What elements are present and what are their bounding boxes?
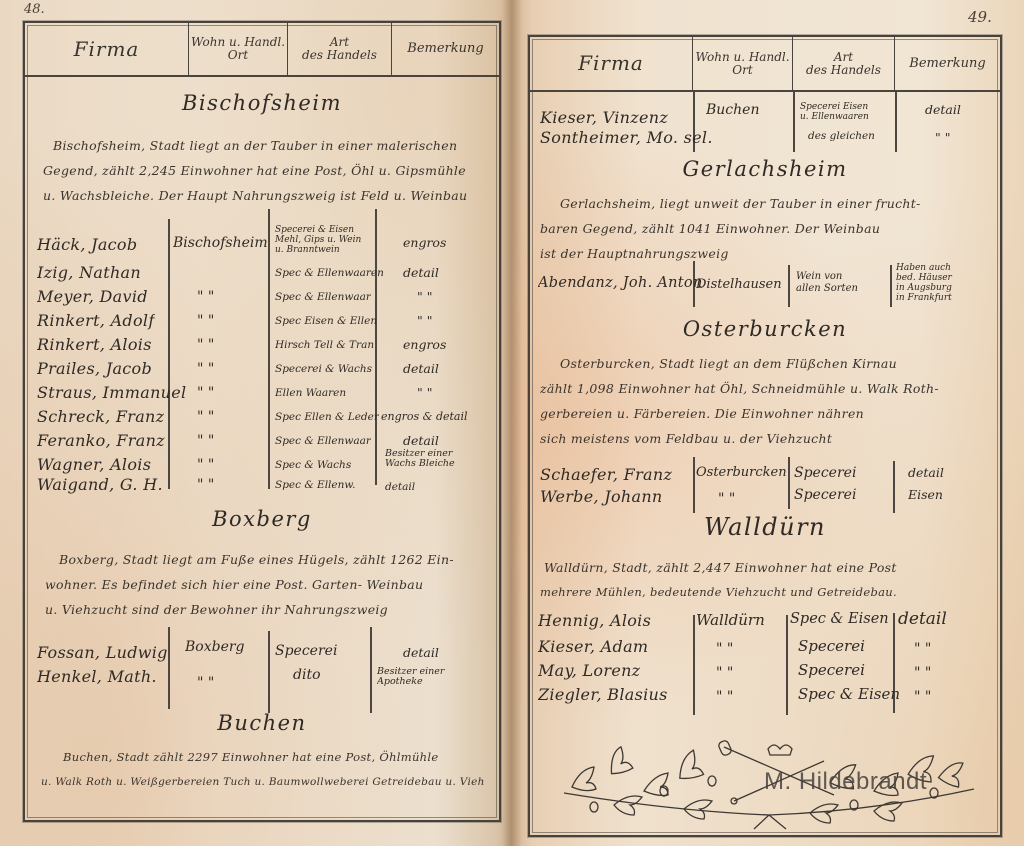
table-row: Hennig, Alois Walldürn Spec & Eisen deta…: [530, 611, 1000, 633]
firma-cell: Prailes, Jacob: [37, 359, 152, 378]
entries-bischofsheim: Bischofsheim Häck, Jacob Specerei & Eise…: [25, 209, 499, 495]
firma-cell: Waigand, G. H.: [37, 475, 163, 494]
firma-cell: Wagner, Alois: [37, 455, 151, 474]
note-cell: detail: [385, 481, 415, 493]
firma-cell: Abendanz, Joh. Anton: [538, 275, 703, 291]
trade-cell: Spec & Eisen: [790, 611, 889, 627]
ditto-mark: " ": [914, 689, 931, 705]
note-cell: detail: [925, 102, 961, 117]
trade-cell: Spec & Ellenwaar: [275, 435, 371, 447]
town-description-buchen: Buchen, Stadt zählt 2297 Einwohner hat e…: [41, 745, 497, 795]
table-row: Schaefer, Franz Osterburcken Specerei de…: [530, 465, 1000, 487]
ditto-mark: " ": [197, 457, 214, 473]
note-cell: Eisen: [908, 487, 943, 502]
ditto-mark: " ": [197, 409, 214, 425]
trade-cell: Specerei & Wachs: [275, 363, 372, 375]
ditto-mark: " ": [716, 689, 733, 705]
firma-cell: Feranko, Franz: [37, 431, 165, 450]
note-cell: detail: [403, 361, 439, 376]
trade-cell: Spec & Ellenwaaren: [275, 267, 384, 279]
trade-cell: Spec & Ellenw.: [275, 479, 355, 491]
ditto-mark: " ": [914, 641, 931, 657]
trade-cell: Specerei: [798, 637, 865, 655]
entries-buchen-continued: Kieser, Vinzenz Buchen Specerei Eisen u.…: [530, 92, 1000, 152]
table-row: Kieser, Adam " " Specerei " ": [530, 637, 1000, 659]
ditto-mark: " ": [197, 337, 214, 353]
entries-boxberg: Fossan, Ludwig Boxberg Specerei detail H…: [25, 627, 499, 717]
ditto-mark: " ": [914, 665, 931, 681]
note-cell: Besitzer einer Wachs Bleiche: [385, 449, 485, 469]
firma-cell: Hennig, Alois: [538, 611, 651, 630]
town-title-gerlachsheim: Gerlachsheim: [530, 157, 1000, 181]
trade-cell: Spec Ellen & Leder: [275, 411, 379, 423]
trade-cell: Spec & Wachs: [275, 459, 351, 471]
trade-cell: Specerei: [794, 487, 856, 503]
firma-cell: Henkel, Math.: [37, 667, 157, 686]
ditto-mark: " ": [197, 361, 214, 377]
ditto-mark: " ": [197, 433, 214, 449]
trade-cell: dito: [293, 667, 321, 683]
table-row: Häck, Jacob Specerei & Eisen Mehl, Gips …: [25, 225, 499, 265]
trade-cell: Specerei & Eisen Mehl, Gips u. Wein u. B…: [275, 225, 373, 255]
page-number: 49.: [968, 8, 992, 26]
town-title-osterburcken: Osterburcken: [530, 317, 1000, 341]
place-cell: Boxberg: [185, 639, 245, 655]
place-cell: Buchen: [706, 102, 759, 118]
firma-cell: Fossan, Ludwig: [37, 643, 168, 662]
note-cell: detail: [403, 265, 439, 280]
ditto-mark: " ": [718, 491, 735, 507]
firma-cell: Sontheimer, Mo. sel.: [540, 128, 713, 147]
note-cell: Haben auch bed. Häuser in Augsburg in Fr…: [896, 263, 986, 303]
note-cell: Besitzer einer Apotheke: [377, 667, 467, 687]
watermark-text: M. Hildebrandt: [764, 768, 927, 796]
header-bemerkung: Bemerkung: [895, 37, 1000, 90]
table-row: Straus, Immanuel " " Ellen Waaren " ": [25, 383, 499, 405]
table-row: Prailes, Jacob " " Specerei & Wachs deta…: [25, 359, 499, 381]
ditto-mark: " ": [197, 313, 214, 329]
trade-cell: Ellen Waaren: [275, 387, 346, 399]
note-cell: " ": [417, 313, 432, 328]
note-cell: " ": [417, 289, 432, 304]
table-row: Abendanz, Joh. Anton Distelhausen Wein v…: [530, 275, 1000, 297]
firma-cell: Rinkert, Alois: [37, 335, 152, 354]
firma-cell: Kieser, Adam: [538, 637, 648, 656]
town-description-osterburcken: Osterburcken, Stadt liegt an dem Flüßche…: [540, 351, 996, 451]
town-title-buchen: Buchen: [25, 711, 499, 735]
trade-cell: Specerei: [275, 643, 337, 659]
table-row: Schreck, Franz " " Spec Ellen & Leder en…: [25, 407, 499, 429]
ditto-mark: " ": [716, 665, 733, 681]
ditto-mark: " ": [197, 477, 214, 493]
town-description-boxberg: Boxberg, Stadt liegt am Fuße eines Hügel…: [45, 547, 493, 622]
right-page: 49. Firma Wohn u. Handl. Ort Art des Han…: [512, 0, 1024, 846]
left-page: 48. Firma Wohn u. Handl. Ort Art des Han…: [0, 0, 512, 846]
firma-cell: May, Lorenz: [538, 661, 640, 680]
place-cell: Osterburcken: [696, 465, 787, 480]
header-wohnort: Wohn u. Handl. Ort: [189, 23, 288, 75]
firma-cell: Ziegler, Blasius: [538, 685, 668, 704]
header-art: Art des Handels: [793, 37, 895, 90]
table-row: Meyer, David " " Spec & Ellenwaar " ": [25, 287, 499, 309]
entries-wallduern: Hennig, Alois Walldürn Spec & Eisen deta…: [530, 605, 1000, 717]
table-row: Henkel, Math. " " dito Besitzer einer Ap…: [25, 667, 499, 689]
note-cell: detail: [908, 465, 944, 480]
firma-cell: Izig, Nathan: [37, 263, 141, 282]
note-cell: engros: [403, 235, 446, 250]
table-row: Werbe, Johann " " Specerei Eisen: [530, 487, 1000, 509]
note-cell: " ": [935, 130, 950, 145]
trade-cell: Specerei: [798, 661, 865, 679]
ditto-mark: " ": [197, 289, 214, 305]
trade-cell: Spec & Ellenwaar: [275, 291, 371, 303]
note-cell: " ": [417, 385, 432, 400]
header-bemerkung: Bemerkung: [392, 23, 499, 75]
table-row: May, Lorenz " " Specerei " ": [530, 661, 1000, 683]
note-cell: engros: [403, 337, 446, 352]
town-description-wallduern: Walldürn, Stadt, zählt 2,447 Einwohner h…: [540, 555, 996, 605]
entries-osterburcken: Schaefer, Franz Osterburcken Specerei de…: [530, 453, 1000, 513]
note-cell: detail: [403, 433, 439, 448]
column-header-row: Firma Wohn u. Handl. Ort Art des Handels…: [25, 23, 499, 77]
place-cell: Distelhausen: [696, 277, 782, 292]
page-number: 48.: [24, 2, 45, 17]
note-cell: detail: [898, 609, 947, 629]
place-cell: Walldürn: [696, 611, 765, 629]
firma-cell: Rinkert, Adolf: [37, 311, 155, 330]
table-row: Sontheimer, Mo. sel. des gleichen " ": [530, 126, 1000, 148]
note-cell: detail: [403, 645, 439, 660]
ditto-mark: " ": [716, 641, 733, 657]
table-row: Waigand, G. H. " " Spec & Ellenw. detail: [25, 475, 499, 497]
town-title-boxberg: Boxberg: [25, 507, 499, 531]
table-row: Kieser, Vinzenz Buchen Specerei Eisen u.…: [530, 102, 1000, 124]
town-title-bischofsheim: Bischofsheim: [25, 91, 499, 115]
header-firma: Firma: [25, 23, 189, 75]
ditto-mark: " ": [197, 385, 214, 401]
table-row: Rinkert, Alois " " Hirsch Tell & Tran en…: [25, 335, 499, 357]
firma-cell: Straus, Immanuel: [37, 383, 186, 402]
table-row: Izig, Nathan Spec & Ellenwaaren detail: [25, 263, 499, 285]
ledger-frame: Firma Wohn u. Handl. Ort Art des Handels…: [528, 35, 1002, 837]
trade-cell: Specerei: [794, 465, 856, 481]
firma-cell: Häck, Jacob: [37, 235, 137, 254]
entries-gerlachsheim: Abendanz, Joh. Anton Distelhausen Wein v…: [530, 261, 1000, 311]
firma-cell: Schaefer, Franz: [540, 465, 672, 484]
trade-cell: Spec Eisen & Ellen: [275, 315, 377, 327]
trade-cell: Spec & Eisen: [798, 685, 900, 703]
firma-cell: Schreck, Franz: [37, 407, 164, 426]
column-header-row: Firma Wohn u. Handl. Ort Art des Handels…: [530, 37, 1000, 92]
trade-cell: Hirsch Tell & Tran: [275, 339, 374, 351]
note-cell: engros & detail: [381, 410, 468, 423]
ditto-mark: " ": [197, 675, 214, 691]
table-row: Fossan, Ludwig Boxberg Specerei detail: [25, 643, 499, 665]
header-wohnort: Wohn u. Handl. Ort: [693, 37, 793, 90]
table-row: Rinkert, Adolf " " Spec Eisen & Ellen " …: [25, 311, 499, 333]
trade-cell: des gleichen: [808, 130, 875, 142]
trade-cell: Wein von allen Sorten: [796, 271, 886, 295]
firma-cell: Werbe, Johann: [540, 487, 663, 506]
firma-cell: Kieser, Vinzenz: [540, 108, 668, 127]
town-description-bischofsheim: Bischofsheim, Stadt liegt an der Tauber …: [53, 133, 493, 208]
town-description-gerlachsheim: Gerlachsheim, liegt unweit der Tauber in…: [540, 191, 996, 266]
header-art: Art des Handels: [288, 23, 392, 75]
ledger-frame: Firma Wohn u. Handl. Ort Art des Handels…: [23, 21, 501, 822]
town-title-wallduern: Walldürn: [530, 513, 1000, 541]
firma-cell: Meyer, David: [37, 287, 148, 306]
header-firma: Firma: [530, 37, 693, 90]
book-gutter: [502, 0, 522, 846]
trade-cell: Specerei Eisen u. Ellenwaaren: [800, 102, 892, 122]
table-row: Ziegler, Blasius " " Spec & Eisen " ": [530, 685, 1000, 707]
table-row: Wagner, Alois " " Spec & Wachs Besitzer …: [25, 455, 499, 477]
